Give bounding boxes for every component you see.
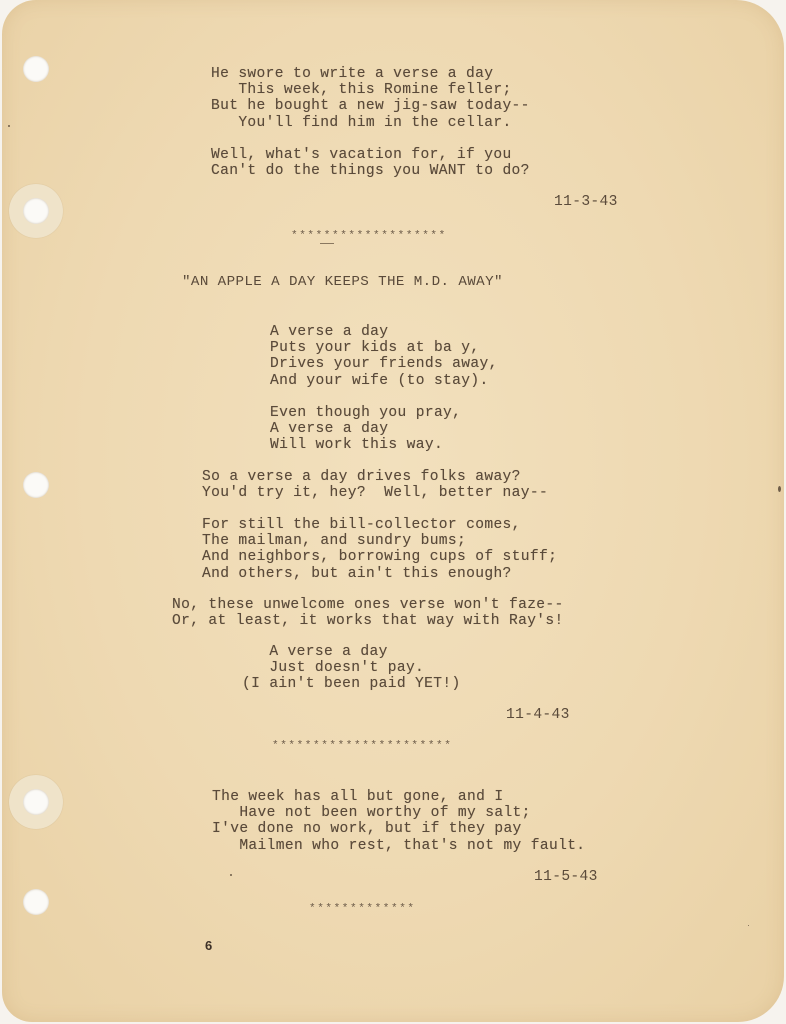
verse-line: No, these unwelcome ones verse won't faz…	[172, 597, 564, 613]
binder-hole	[23, 56, 49, 82]
verse-line: And your wife (to stay).	[270, 373, 489, 389]
verse-line: A verse a day	[242, 644, 388, 660]
paper-speck	[748, 925, 749, 926]
binder-hole-reinforced	[9, 775, 63, 829]
typewritten-page: He swore to write a verse a day This wee…	[2, 0, 784, 1022]
verse-line: Or, at least, it works that way with Ray…	[172, 613, 564, 629]
paper-speck	[778, 486, 781, 492]
verse-line: The mailman, and sundry bums;	[202, 533, 466, 549]
verse-stanza: Well, what's vacation for, if you Can't …	[211, 147, 530, 179]
paper-speck	[8, 125, 10, 127]
verse-stanza: For still the bill-collector comes, The …	[202, 517, 557, 582]
binder-hole	[23, 789, 49, 815]
separator-stars: *******************	[291, 230, 447, 242]
verse-line: You'll find him in the cellar.	[211, 115, 512, 131]
verse-line: Drives your friends away,	[270, 356, 498, 372]
verse-line: Even though you pray,	[270, 405, 461, 421]
verse-line: Can't do the things you WANT to do?	[211, 163, 530, 179]
verse-stanza: He swore to write a verse a day This wee…	[211, 66, 530, 131]
poem-title: "AN APPLE A DAY KEEPS THE M.D. AWAY"	[182, 274, 503, 290]
binder-hole	[23, 472, 49, 498]
ink-mark	[320, 243, 334, 244]
verse-line: And others, but ain't this enough?	[202, 566, 512, 582]
verse-line: Well, what's vacation for, if you	[211, 147, 512, 163]
verse-line: (I ain't been paid YET!)	[242, 676, 461, 692]
separator-stars: **********************	[272, 740, 452, 752]
verse-line: The week has all but gone, and I	[212, 789, 503, 805]
verse-line: So a verse a day drives folks away?	[202, 469, 521, 485]
binder-hole	[23, 889, 49, 915]
verse-line: Will work this way.	[270, 437, 443, 453]
verse-stanza: Even though you pray, A verse a day Will…	[270, 405, 461, 454]
paper-speck	[230, 874, 232, 876]
verse-stanza: So a verse a day drives folks away? You'…	[202, 469, 548, 501]
entry-date: 11-4-43	[506, 707, 570, 723]
verse-line: Just doesn't pay.	[242, 660, 424, 676]
verse-line: But he bought a new jig-saw today--	[211, 98, 530, 114]
verse-line: And neighbors, borrowing cups of stuff;	[202, 549, 557, 565]
verse-stanza: The week has all but gone, and I Have no…	[212, 789, 585, 854]
verse-line: A verse a day	[270, 421, 388, 437]
entry-date: 11-3-43	[554, 194, 618, 210]
verse-line: For still the bill-collector comes,	[202, 517, 521, 533]
verse-line: This week, this Romine feller;	[211, 82, 512, 98]
verse-line: I've done no work, but if they pay	[212, 821, 522, 837]
verse-line: Mailmen who rest, that's not my fault.	[212, 838, 585, 854]
binder-hole-reinforced	[9, 184, 63, 238]
verse-stanza: No, these unwelcome ones verse won't faz…	[172, 597, 564, 629]
page-number: 6	[205, 938, 212, 953]
verse-line: A verse a day	[270, 324, 388, 340]
verse-line: Puts your kids at ba y,	[270, 340, 479, 356]
verse-stanza: A verse a day Puts your kids at ba y, Dr…	[270, 324, 498, 389]
entry-date: 11-5-43	[534, 869, 598, 885]
verse-line: He swore to write a verse a day	[211, 66, 493, 82]
verse-line: You'd try it, hey? Well, better nay--	[202, 485, 548, 501]
binder-hole	[23, 198, 49, 224]
verse-line: Have not been worthy of my salt;	[212, 805, 531, 821]
separator-stars: *************	[309, 903, 416, 915]
verse-stanza: A verse a day Just doesn't pay. (I ain't…	[242, 644, 461, 693]
